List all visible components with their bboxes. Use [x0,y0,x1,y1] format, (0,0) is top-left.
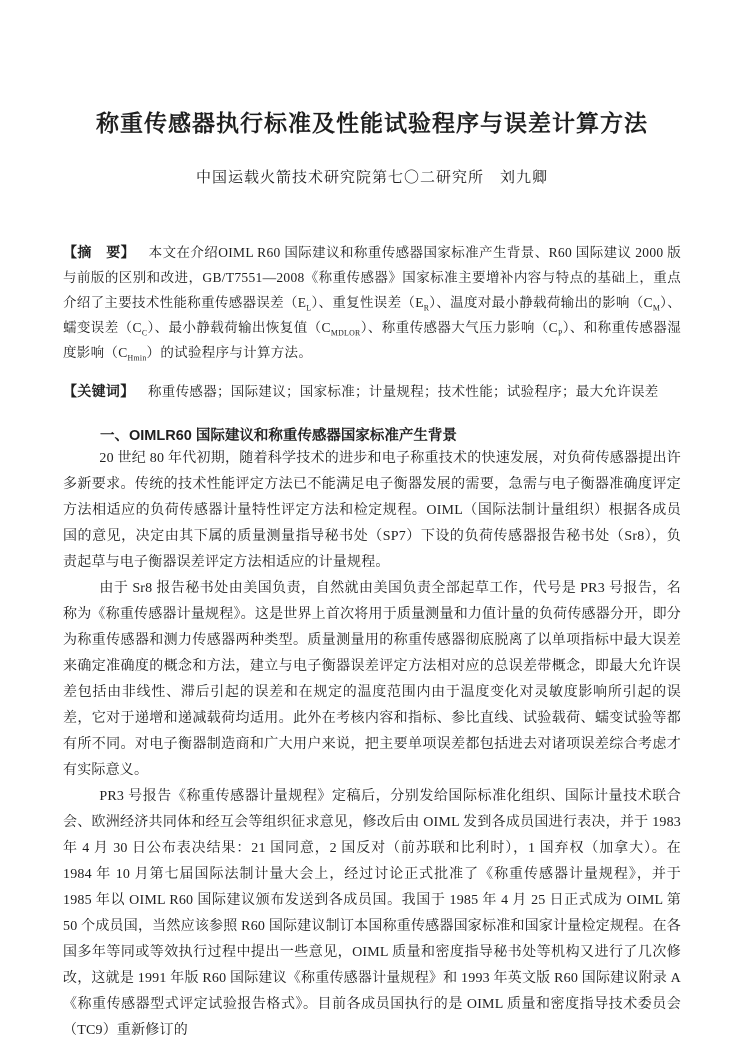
body-paragraph: 20 世纪 80 年代初期，随着科学技术的进步和电子称重技术的快速发展，对负荷传… [63,446,681,576]
keywords-line: 【关键词】称重传感器；国际建议；国家标准；计量规程；技术性能；试验程序；最大允许… [63,379,681,404]
page-title: 称重传感器执行标准及性能试验程序与误差计算方法 [63,108,681,138]
abstract-paragraph: 【摘 要】本文在介绍OIML R60 国际建议和称重传感器国家标准产生背景、R6… [63,240,681,365]
abstract-text: 本文在介绍OIML R60 国际建议和称重传感器国家标准产生背景、R60 国际建… [63,245,681,360]
abstract-label: 【摘 要】 [63,244,135,260]
keywords-text: 称重传感器；国际建议；国家标准；计量规程；技术性能；试验程序；最大允许误差 [148,384,659,399]
body-paragraph: PR3 号报告《称重传感器计量规程》定稿后，分别发给国际标准化组织、国际计量技术… [63,784,681,1044]
section-heading: 一、OIMLR60 国际建议和称重传感器国家标准产生背景 [63,426,681,446]
body-paragraph: 由于 Sr8 报告秘书处由美国负责，自然就由美国负责全部起草工作，代号是 PR3… [63,576,681,784]
document-page: 称重传感器执行标准及性能试验程序与误差计算方法 中国运载火箭技术研究院第七〇二研… [0,0,744,1052]
author-affiliation-line: 中国运载火箭技术研究院第七〇二研究所 刘九卿 [63,168,681,188]
keywords-label: 【关键词】 [63,383,135,399]
